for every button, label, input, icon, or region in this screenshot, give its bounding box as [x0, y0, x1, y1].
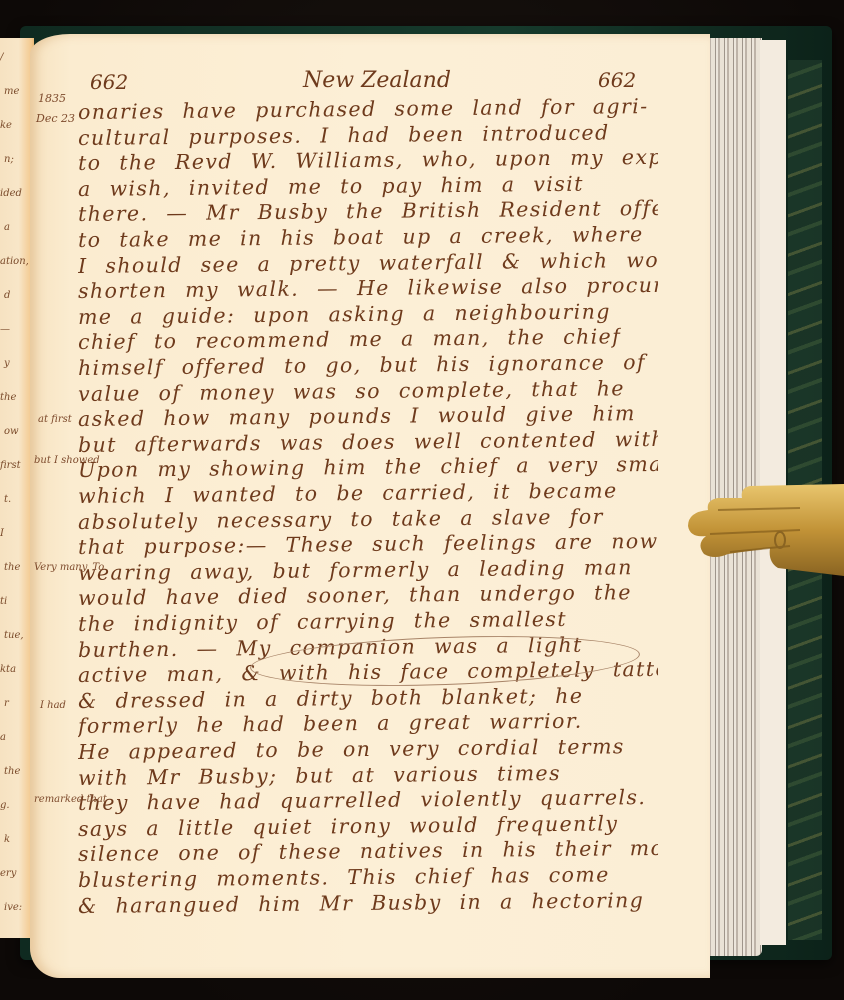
left-page-fragment: y [4, 346, 10, 382]
left-page-fragment: k [4, 822, 10, 858]
manuscript-line: cultural purposes. I had been introduced [78, 120, 610, 150]
manuscript-line: a wish, invited me to pay him a visit [78, 172, 584, 201]
brass-hand-icon [680, 464, 844, 576]
left-page-fragment: ke [0, 108, 12, 144]
left-page-fragment: the [4, 550, 20, 586]
left-page-fragment: / [0, 40, 3, 76]
left-page-fragment: t. [4, 482, 11, 518]
left-page-fragment: me [4, 74, 19, 110]
left-page-fragment: n; [4, 142, 14, 178]
manuscript-line: absolutely necessary to take a slave for [78, 504, 604, 534]
running-title: New Zealand [303, 68, 451, 93]
left-page-fragment: — [0, 312, 10, 348]
manuscript-line: & dressed in a dirty both blanket; he [78, 684, 584, 713]
left-page-fragment: the [4, 754, 20, 790]
left-page-fragment: d [4, 278, 10, 314]
left-page-fragment: ation, [0, 244, 29, 280]
margin-note: remarked that [34, 794, 107, 805]
left-page-fragment: ided [0, 176, 22, 212]
margin-note: at first [38, 414, 72, 425]
left-page-fragment: ive: [4, 890, 22, 920]
left-page-fragment: tue, [4, 618, 24, 654]
left-page-fragment: I [0, 516, 4, 552]
margin-date-year: 1835 [38, 92, 66, 105]
left-page-fragment: r [4, 686, 9, 722]
left-page-fragment: g. [0, 788, 10, 824]
left-page-fragment: kta [0, 652, 16, 688]
left-page-fragment: first [0, 448, 21, 484]
manuscript-line: the indignity of carrying the smallest [78, 607, 567, 636]
left-page-fragment: the [0, 380, 16, 416]
manuscript-line: with Mr Busby; but at various times [78, 761, 561, 790]
left-page-fragment: a [4, 210, 10, 246]
page-number-left: 662 [90, 70, 128, 94]
left-page-fragment: a [0, 720, 6, 756]
page-number-right: 662 [598, 68, 636, 92]
left-page-fragment: ery [0, 856, 16, 892]
left-page-fragments: /meken;idedaation,d—ytheowfirstt.Ithetit… [0, 40, 30, 920]
left-page-fragment: ti [0, 584, 7, 620]
margin-date-day: Dec 23 [36, 112, 75, 125]
margin-note: Very many, To [34, 562, 104, 573]
margin-note: but I showed [34, 455, 100, 466]
left-page-fragment: ow [4, 414, 19, 450]
margin-note: I had [40, 700, 66, 711]
